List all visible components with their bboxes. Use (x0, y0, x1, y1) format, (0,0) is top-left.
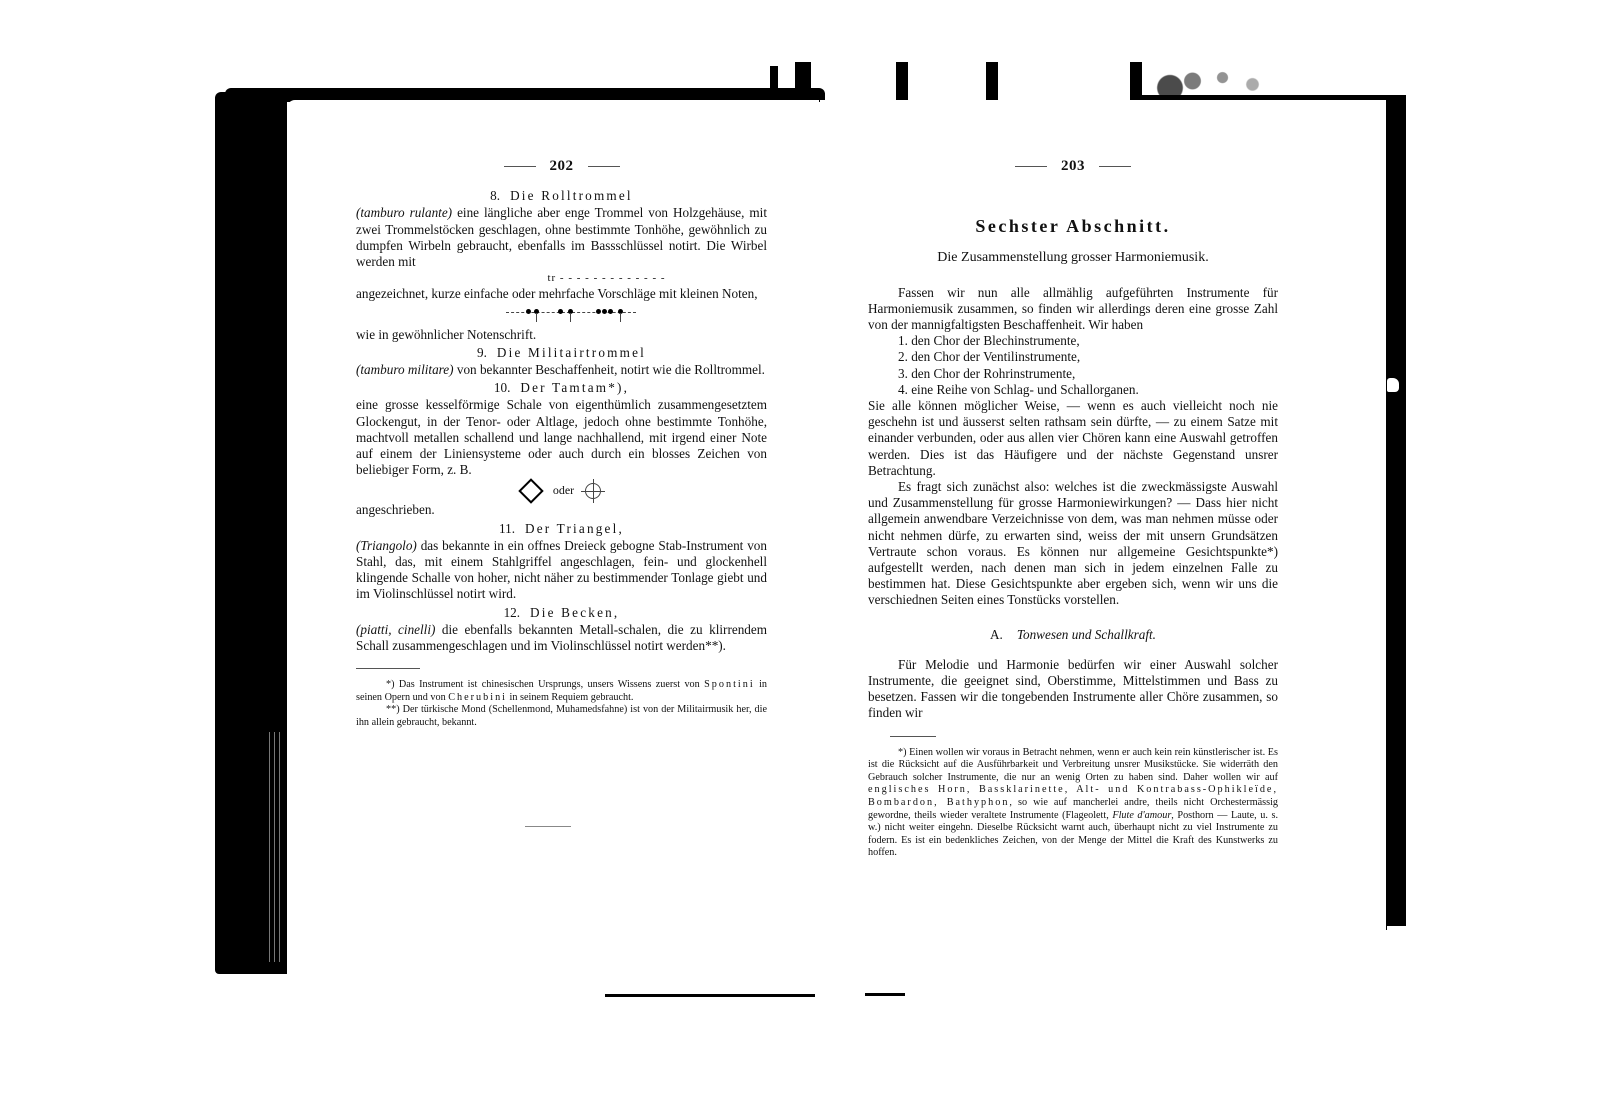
binding-tab (896, 62, 908, 100)
binding-tab (986, 62, 998, 100)
book-cover-left (215, 92, 287, 974)
section-heading-becken: 12.Die Becken, (356, 605, 767, 621)
list-item: 1. den Chor der Blechinstrumente, (868, 333, 1278, 349)
tamtam-symbols: oder (356, 482, 767, 500)
page-end-rule (525, 826, 571, 827)
right-page-column: 203 Sechster Abschnitt. Die Zusammenstel… (868, 158, 1278, 860)
cover-mark (1387, 378, 1399, 392)
scan-noise (1140, 64, 1290, 98)
section-text-tamtam: eine grosse kesselförmige Schale von eig… (356, 397, 767, 478)
paragraph: Es fragt sich zunächst also: welches ist… (868, 479, 1278, 609)
page-number-right: 203 (868, 158, 1278, 174)
chapter-subtitle: Die Zusammenstellung grosser Harmoniemus… (868, 250, 1278, 266)
paragraph: Für Melodie und Harmonie bedürfen wir ei… (868, 657, 1278, 722)
book-cover-right (1384, 96, 1406, 926)
binding-tab (770, 66, 778, 96)
list-item: 3. den Chor der Rohrinstrumente, (868, 366, 1278, 382)
left-page-column: 202 8.Die Rolltrommel (tamburo rulante) … (356, 158, 767, 730)
page-bottom-shadow (865, 993, 905, 996)
footnote-1: *) Das Instrument ist chinesischen Urspr… (356, 679, 767, 704)
section-text-tamtam-end: angeschrieben. (356, 502, 767, 518)
binding-tab (795, 62, 811, 100)
section-heading-triangel: 11.Der Triangel, (356, 521, 767, 537)
section-text-triangel: (Triangolo) das bekannte in ein offnes D… (356, 538, 767, 603)
section-text-rolltrommel-cont: angezeichnet, kurze einfache oder mehrfa… (356, 286, 767, 302)
chapter-title: Sechster Abschnitt. (868, 218, 1278, 234)
list-item: 2. den Chor der Ventilinstrumente, (868, 349, 1278, 365)
section-text-becken: (piatti, cinelli) die ebenfalls bekannte… (356, 622, 767, 654)
diamond-icon (518, 479, 543, 504)
section-heading-tamtam: 10.Der Tamtam*), (356, 380, 767, 396)
page-bottom-shadow (605, 994, 815, 997)
grace-notes-figure (506, 305, 767, 325)
section-text-militairtrommel: (tamburo militare) von bekannter Beschaf… (356, 362, 767, 378)
crosshair-icon (585, 483, 601, 499)
paragraph: Sie alle können möglicher Weise, — wenn … (868, 398, 1278, 479)
section-heading-militairtrommel: 9.Die Militairtrommel (356, 345, 767, 361)
list-item: 4. eine Reihe von Schlag- und Schallorga… (868, 382, 1278, 398)
section-text-rolltrommel-end: wie in gewöhnlicher Notenschrift. (356, 327, 767, 343)
subsection-heading: A.Tonwesen und Schallkraft. (868, 627, 1278, 643)
page-number-left: 202 (356, 158, 767, 174)
intro-paragraph: Fassen wir nun alle allmählig aufgeführt… (868, 285, 1278, 334)
footnote-divider (890, 736, 936, 737)
footnote: *) Einen wollen wir voraus in Betracht n… (868, 747, 1278, 860)
trill-mark: tr - - - - - - - - - - - - - (356, 270, 767, 286)
section-heading-rolltrommel: 8.Die Rolltrommel (356, 188, 767, 204)
page-edges (267, 732, 281, 962)
section-text-rolltrommel: (tamburo rulante) eine längliche aber en… (356, 205, 767, 270)
footnote-divider (356, 668, 420, 669)
footnote-2: **) Der türkische Mond (Schellenmond, Mu… (356, 704, 767, 729)
